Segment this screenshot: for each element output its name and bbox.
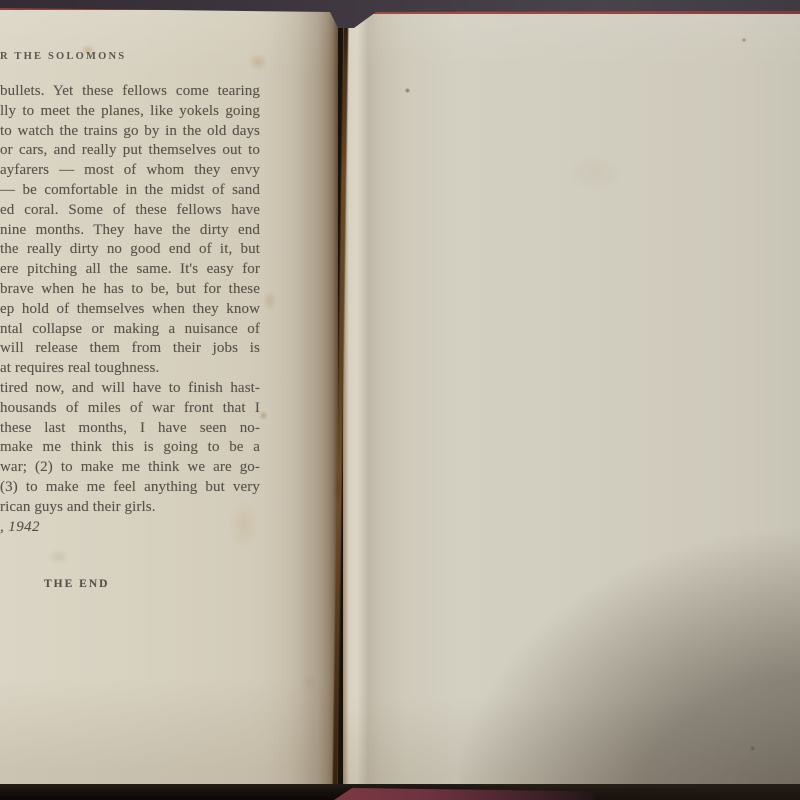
book-text-line: housands of miles of war front that I [0,399,260,419]
book-text-line: — be comfortable in the midst of sand [0,181,260,201]
book-text-line: ed coral. Some of these fellows have [0,201,260,221]
book-text-line: the really dirty no good end of it, but [0,240,260,260]
book-text-line: to watch the trains go by in the old day… [0,122,260,142]
book-text-line: at requires real toughness. [0,359,260,379]
open-book-photo: R THE SOLOMONS bullets. Yet these fellow… [0,0,800,800]
book-text-line: ep hold of themselves when they know [0,300,260,320]
book-text-line: brave when he has to be, but for these [0,280,260,300]
book-text-line: make me think this is going to be a [0,438,260,458]
book-text-line: , 1942 [0,518,260,538]
book-text-line: ntal collapse or making a nuisance of [0,320,260,340]
right-blank-endpaper [343,14,800,793]
book-text-line: tired now, and will have to finish hast- [0,379,260,399]
book-text-line: or cars, and really put themselves out t… [0,141,260,161]
the-end-label: THE END [44,578,109,590]
binding-glue-mark [333,468,344,510]
running-header: R THE SOLOMONS [0,51,126,62]
book-text-line: war; (2) to make me think we are go- [0,458,260,478]
book-text-line: ayfarers — most of whom they envy [0,161,260,181]
page-stain [44,546,74,568]
book-text-line: nine months. They have the dirty end [0,221,260,241]
book-text-line: these last months, I have seen no- [0,419,260,439]
book-text-line: ere pitching all the same. It's easy for [0,260,260,280]
gutter-fold-shadow [268,10,338,786]
page-text-column: bullets. Yet these fellows come tearingl… [0,82,260,537]
book-text-line: bullets. Yet these fellows come tearing [0,82,260,102]
book-text-line: rican guys and their girls. [0,498,260,518]
book-text-line: will release them from their jobs is [0,339,260,359]
book-text-line: (3) to make me feel anything but very [0,478,260,498]
book-text-line: lly to meet the planes, like yokels goin… [0,102,260,122]
